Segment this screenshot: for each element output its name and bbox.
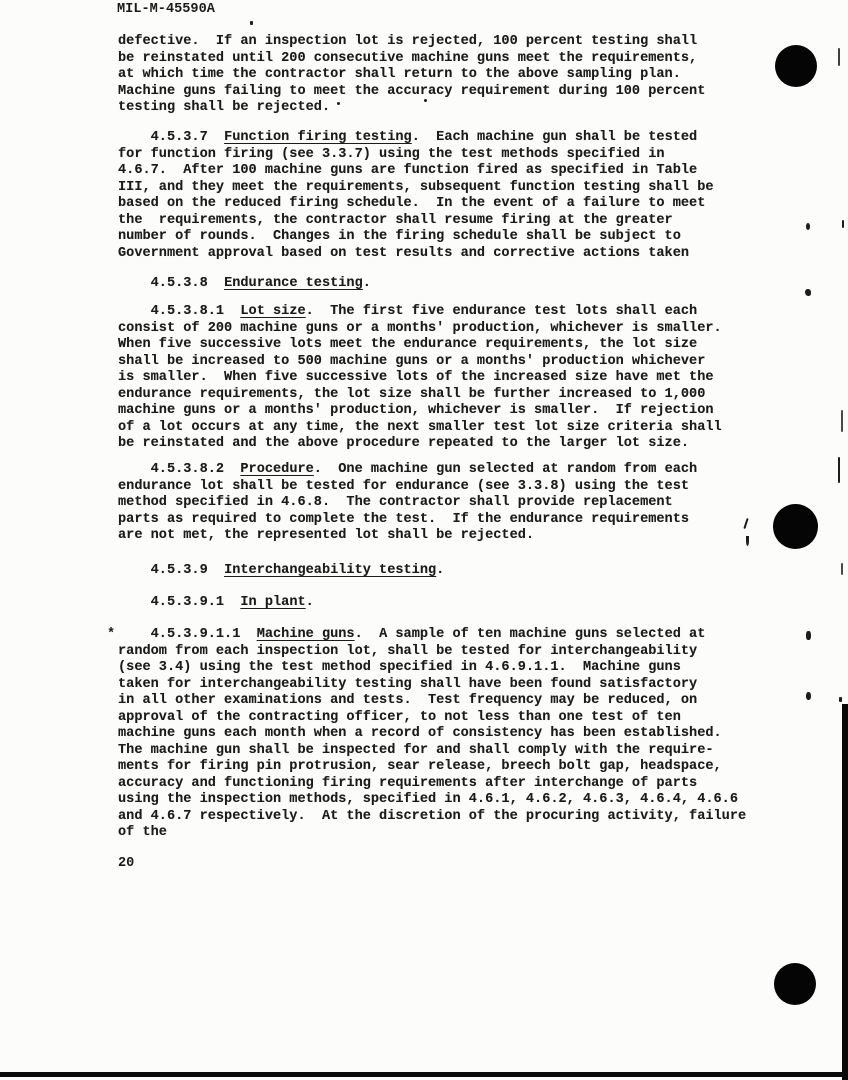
text-line: 4.5.3.9.1 In plant. (118, 595, 314, 612)
scan-speck (806, 692, 811, 700)
scan-speck (337, 102, 340, 105)
text-line: random from each inspection lot, shall b… (118, 644, 746, 661)
scan-speck (838, 48, 840, 66)
text-line: When five successive lots meet the endur… (118, 337, 722, 354)
text-line: The machine gun shall be inspected for a… (118, 743, 746, 760)
scanned-document-page: MIL-M-45590A defective. If an inspection… (0, 0, 848, 1080)
text-line: method specified in 4.6.8. The contracto… (118, 495, 697, 512)
text-line: in all other examinations and tests. Tes… (118, 693, 746, 710)
section-4-5-3-8-2-procedure: 4.5.3.8.2 Procedure. One machine gun sel… (118, 462, 697, 545)
text-line: be reinstated and the above procedure re… (118, 436, 722, 453)
scan-speck (805, 289, 811, 296)
text-line: using the inspection methods, specified … (118, 792, 746, 809)
text-line: Machine guns failing to meet the accurac… (118, 84, 705, 101)
text-line: parts as required to complete the test. … (118, 512, 697, 529)
text-line: 4.5.3.7 Function firing testing. Each ma… (118, 130, 714, 147)
change-marker-asterisk: * (107, 627, 115, 644)
scan-speck (806, 631, 811, 640)
text-line: for function firing (see 3.3.7) using th… (118, 147, 714, 164)
scan-speck (806, 223, 810, 230)
punch-hole-mark-bottom (774, 963, 816, 1005)
text-line: 4.5.3.8.2 Procedure. One machine gun sel… (118, 462, 697, 479)
text-line: approval of the contracting officer, to … (118, 710, 746, 727)
section-4-5-3-8-1-lot-size: 4.5.3.8.1 Lot size. The first five endur… (118, 304, 722, 453)
text-line: number of rounds. Changes in the firing … (118, 229, 714, 246)
scan-edge-shadow-right (842, 704, 848, 1080)
paragraph-continuation: defective. If an inspection lot is rejec… (118, 34, 705, 117)
punch-hole-mark-middle (773, 504, 818, 549)
scan-speck (841, 410, 843, 432)
text-line: of a lot occurs at any time, the next sm… (118, 420, 722, 437)
text-line: based on the reduced firing schedule. In… (118, 196, 714, 213)
text-line: (see 3.4) using the test method specifie… (118, 660, 746, 677)
scan-speck (839, 697, 842, 702)
text-line: the requirements, the contractor shall r… (118, 213, 714, 230)
section-4-5-3-9-1-in-plant: 4.5.3.9.1 In plant. (118, 595, 314, 612)
text-line: accuracy and functioning firing requirem… (118, 776, 746, 793)
text-line: at which time the contractor shall retur… (118, 67, 705, 84)
scan-speck (250, 21, 253, 25)
section-4-5-3-9-interchangeability-testing: 4.5.3.9 Interchangeability testing. (118, 563, 444, 580)
text-line: ments for firing pin protrusion, sear re… (118, 759, 746, 776)
text-line: 4.5.3.9.1.1 Machine guns. A sample of te… (118, 627, 746, 644)
scan-speck (842, 220, 844, 228)
text-line: machine guns each month when a record of… (118, 726, 746, 743)
text-line: be reinstated until 200 consecutive mach… (118, 51, 705, 68)
scan-speck (746, 536, 749, 546)
document-body: defective. If an inspection lot is rejec… (0, 0, 848, 1080)
scan-speck (838, 457, 840, 483)
text-line: Government approval based on test result… (118, 246, 714, 263)
text-line: 4.5.3.8.1 Lot size. The first five endur… (118, 304, 722, 321)
text-line: are not met, the represented lot shall b… (118, 528, 697, 545)
text-line: testing shall be rejected. (118, 100, 705, 117)
section-4-5-3-9-1-1-machine-guns: * 4.5.3.9.1.1 Machine guns. A sample of … (118, 627, 746, 842)
section-4-5-3-7-function-firing-testing: 4.5.3.7 Function firing testing. Each ma… (118, 130, 714, 262)
text-line: and 4.6.7 respectively. At the discretio… (118, 809, 746, 826)
text-line: defective. If an inspection lot is rejec… (118, 34, 705, 51)
text-line: 4.5.3.8 Endurance testing. (118, 276, 371, 293)
page-number: 20 (118, 856, 134, 873)
text-line: shall be increased to 500 machine guns o… (118, 354, 722, 371)
scan-speck (424, 99, 427, 102)
text-line: of the (118, 825, 746, 842)
text-line: III, and they meet the requirements, sub… (118, 180, 714, 197)
text-line: endurance requirements, the lot size sha… (118, 387, 722, 404)
text-line: consist of 200 machine guns or a months'… (118, 321, 722, 338)
scan-speck (841, 563, 843, 575)
text-line: endurance lot shall be tested for endura… (118, 479, 697, 496)
text-line: 4.6.7. After 100 machine guns are functi… (118, 163, 714, 180)
text-line: machine guns or a months' production, wh… (118, 403, 722, 420)
punch-hole-mark-top (775, 45, 817, 87)
section-4-5-3-8-endurance-testing: 4.5.3.8 Endurance testing. (118, 276, 371, 293)
text-line: taken for interchangeability testing sha… (118, 677, 746, 694)
text-line: is smaller. When five successive lots of… (118, 370, 722, 387)
text-line: 4.5.3.9 Interchangeability testing. (118, 563, 444, 580)
scan-edge-shadow-bottom (0, 1072, 848, 1077)
